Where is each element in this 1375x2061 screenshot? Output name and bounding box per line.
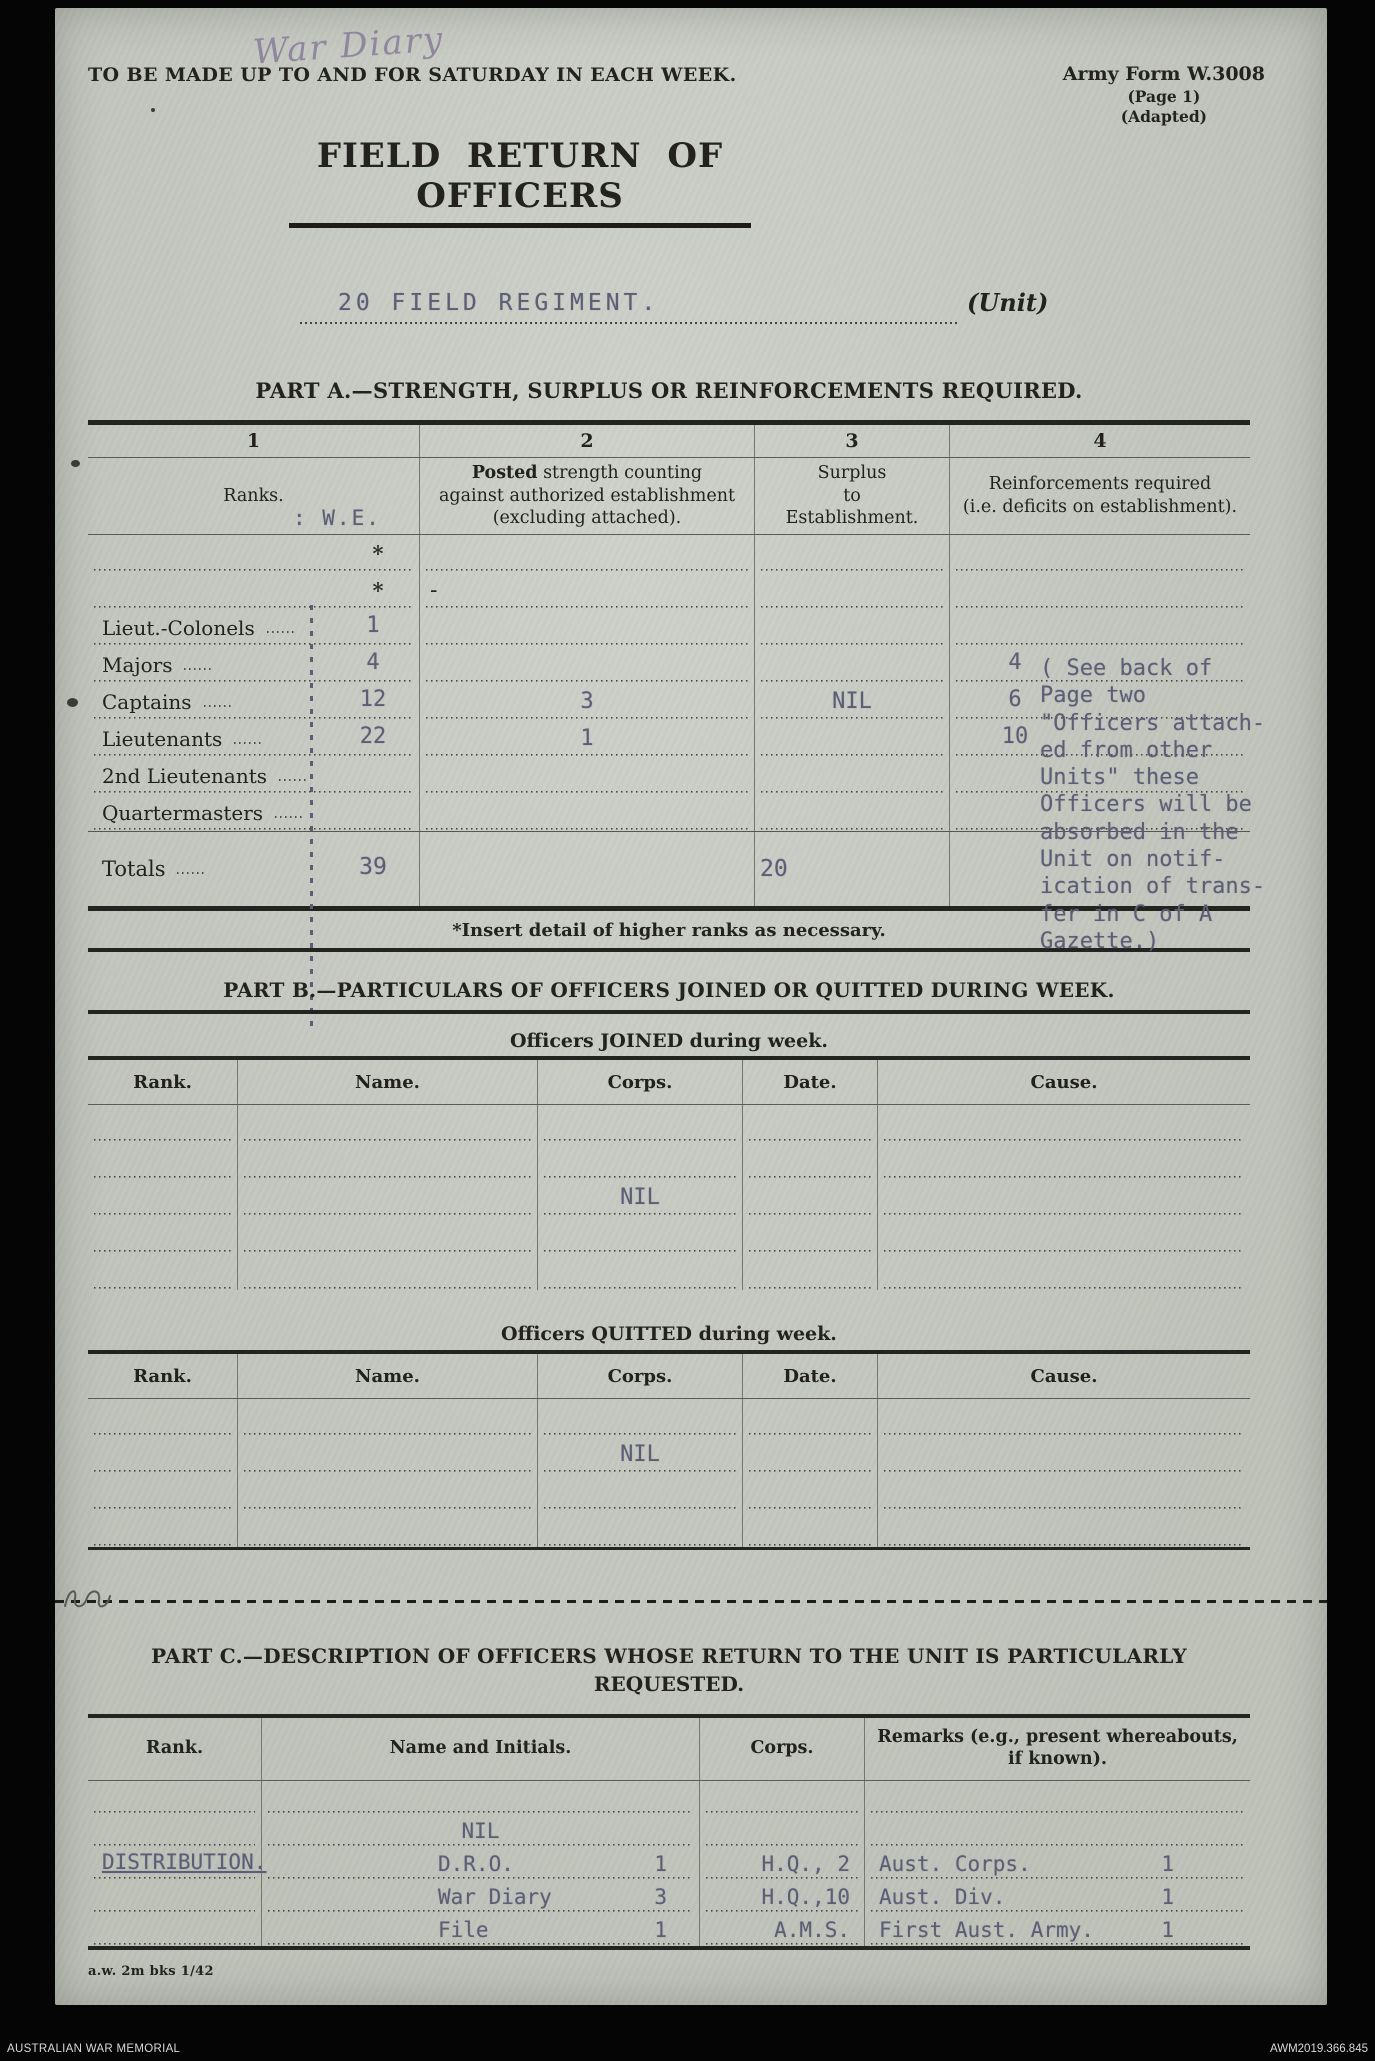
typed-margin-note: ( See back of Page two "Officers attach-… [1040,655,1375,955]
distribution-count: 1 [654,1852,667,1876]
section-rule [88,1010,1250,1014]
distribution-corps: H.Q., 2 [700,1847,865,1880]
part-c-nil-entry: NIL [262,1814,700,1847]
joined-row [88,1105,1250,1142]
rank-label: Majors [102,653,172,677]
officers-quitted-table: Rank. Name. Corps. Date. Cause. NIL [88,1350,1250,1550]
distribution-name: War Diary [438,1885,552,1909]
distribution-label: DISTRIBUTION. [102,1850,266,1874]
col-number-4: 4 [950,425,1250,457]
joined-row [88,1216,1250,1253]
form-title-block: FIELD RETURN OF OFFICERS [210,136,830,228]
header-surplus: Surplus to Establishment. [755,458,950,534]
handwritten-mark [61,1580,113,1616]
distribution-corps: A.M.S. [700,1913,865,1946]
part-c-row-nil: NIL [88,1814,1250,1847]
paper-hole [71,460,80,467]
joined-nil-entry: NIL [538,1179,743,1216]
part-a-body: ( See back of Page two "Officers attach-… [88,535,1250,831]
distribution-row-dro: DISTRIBUTION. D.R.O.1 H.Q., 2 Aust. Corp… [88,1847,1250,1880]
part-b-heading: PART B.—PARTICULARS OF OFFICERS JOINED O… [88,978,1250,1002]
part-c-heading-line1: PART C.—DESCRIPTION OF OFFICERS WHOSE RE… [88,1644,1250,1668]
col-number-2: 2 [420,425,755,457]
rank-label: Lieutenants [102,727,222,751]
joined-table-headers: Rank. Name. Corps. Date. Cause. [88,1060,1250,1105]
part-a-table: 1 2 3 4 Ranks. : W.E. Posted strength co… [88,420,1250,911]
distribution-name: File [438,1918,489,1942]
posted-value: 1 [420,720,755,757]
header-posted-strength: Posted strength counting against authori… [420,458,755,534]
form-page: War Diary TO BE MADE UP TO AND FOR SATUR… [55,8,1327,2005]
quitted-row [88,1473,1250,1510]
part-c-heading-line2: REQUESTED. [88,1672,1250,1696]
quitted-row [88,1399,1250,1436]
joined-row [88,1142,1250,1179]
unit-value: 20 FIELD REGIMENT. [338,290,659,316]
we-value: 12 [334,687,412,712]
distribution-name: D.R.O. [438,1852,514,1876]
title-underline [289,223,751,228]
form-number: Army Form W.3008 [1063,62,1265,87]
officers-joined-title: Officers JOINED during week. [88,1030,1250,1052]
form-page-number: (Page 1) [1063,87,1265,107]
part-a-column-numbers: 1 2 3 4 [88,425,1250,458]
col-number-3: 3 [755,425,950,457]
joined-row: NIL [88,1179,1250,1216]
archive-footer: AUSTRALIAN WAR MEMORIAL AWM2019.366.845 [0,2035,1375,2061]
rank-label: Quartermasters [102,801,263,825]
distribution-row-file: File1 A.M.S. First Aust. Army.1 [88,1913,1250,1946]
form-title: FIELD RETURN OF OFFICERS [210,136,830,216]
quitted-row: NIL [88,1436,1250,1473]
col-number-1: 1 [88,425,420,457]
distribution-remarks: Aust. Corps. [879,1852,1031,1876]
distribution-remarks-count: 1 [1161,1885,1174,1909]
distribution-row-war-diary: War Diary3 H.Q.,10 Aust. Div.1 [88,1880,1250,1913]
part-a-column-headers: Ranks. : W.E. Posted strength counting a… [88,458,1250,535]
we-value: 1 [334,613,412,638]
form-adapted-label: (Adapted) [1063,107,1265,127]
distribution-remarks: Aust. Div. [879,1885,1005,1909]
we-value: 4 [334,650,412,675]
asterisk-mark: * [348,578,408,603]
distribution-remarks-count: 1 [1161,1918,1174,1942]
totals-reinforcements-value: 20 [760,856,788,882]
joined-row [88,1253,1250,1290]
quitted-table-headers: Rank. Name. Corps. Date. Cause. [88,1354,1250,1399]
header-ranks: Ranks. : W.E. [88,458,420,534]
rank-label: Lieut.-Colonels [102,616,255,640]
part-c-row-blank [88,1781,1250,1814]
distribution-count: 1 [654,1918,667,1942]
officers-quitted-title: Officers QUITTED during week. [88,1323,1250,1345]
distribution-count: 3 [654,1885,667,1909]
totals-we-value: 39 [334,854,412,880]
asterisk-mark: * [348,541,408,566]
totals-label: Totals [102,857,165,881]
archive-brand: AUSTRALIAN WAR MEMORIAL [7,2043,180,2055]
part-c-table: Rank. Name and Initials. Corps. Remarks … [88,1714,1250,1950]
part-a-heading: PART A.—STRENGTH, SURPLUS OR REINFORCEME… [88,378,1250,403]
rank-label: 2nd Lieutenants [102,764,267,788]
form-number-block: Army Form W.3008 (Page 1) (Adapted) [1063,62,1265,127]
part-a-row-lieut-colonels: Lieut.-Colonels1 [88,609,1250,646]
weekly-instruction: TO BE MADE UP TO AND FOR SATURDAY IN EAC… [88,64,737,86]
we-value: 22 [334,724,412,749]
part-c-headers: Rank. Name and Initials. Corps. Remarks … [88,1718,1250,1781]
surplus-value: NIL [755,683,950,720]
distribution-remarks-count: 1 [1161,1852,1174,1876]
quitted-row [88,1510,1250,1547]
unit-entry-line: 20 FIELD REGIMENT. [300,290,960,324]
unit-label: (Unit) [967,288,1048,317]
perforation-line [55,1600,1327,1603]
paper-hole [67,698,78,707]
officers-joined-table: Rank. Name. Corps. Date. Cause. NIL [88,1056,1250,1290]
part-a-row-blank-2: * - [88,572,1250,609]
rank-label: Captains [102,690,192,714]
part-a-row-blank-1: * [88,535,1250,572]
distribution-corps: H.Q.,10 [700,1880,865,1913]
paper-speck [151,108,155,112]
archive-id: AWM2019.366.845 [1270,2043,1368,2055]
header-reinforcements: Reinforcements required (i.e. deficits o… [950,458,1250,534]
quitted-nil-entry: NIL [538,1436,743,1473]
we-typed-label: : W.E. [293,505,381,532]
printer-code: a.w. 2m bks 1/42 [88,1964,214,1979]
distribution-remarks: First Aust. Army. [879,1918,1094,1942]
posted-value: 3 [420,683,755,720]
